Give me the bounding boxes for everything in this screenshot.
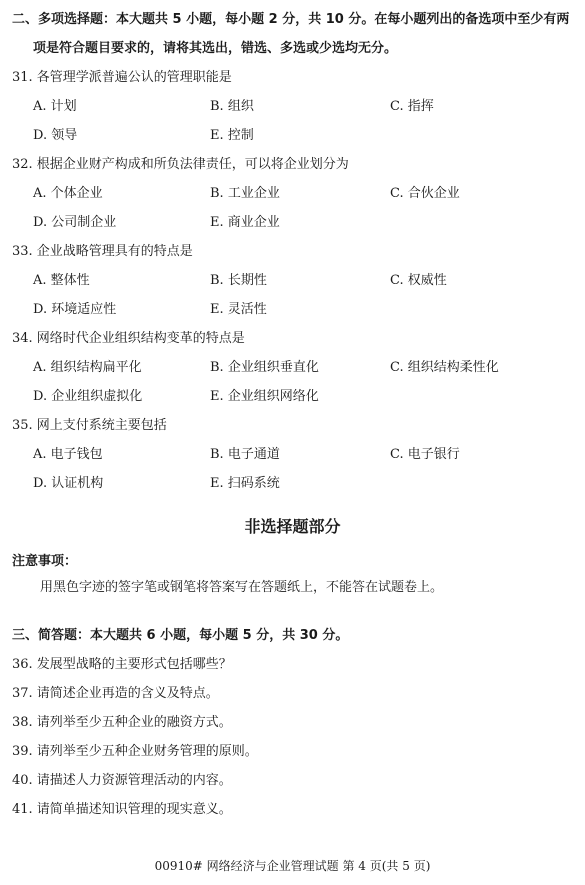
question-32-option-a: A. 个体企业: [33, 186, 103, 202]
exam-page: 二、多项选择题：本大题共 5 小题，每小题 2 分，共 10 分。在每小题列出的…: [0, 0, 585, 885]
question-34-option-b: B. 企业组织垂直化: [210, 360, 319, 376]
notice-label: 注意事项：: [12, 554, 77, 570]
question-37: 37. 请简述企业再造的含义及特点。: [12, 686, 219, 702]
question-32-stem: 32. 根据企业财产构成和所负法律责任，可以将企业划分为: [12, 157, 349, 173]
question-34-option-e: E. 企业组织网络化: [210, 389, 319, 405]
question-33-option-d: D. 环境适应性: [33, 302, 116, 318]
section2-heading-line2: 项是符合题目要求的，请将其选出，错选、多选或少选均无分。: [33, 41, 397, 57]
question-31-option-c: C. 指挥: [390, 99, 434, 115]
non-choice-title: 非选择题部分: [0, 514, 585, 537]
question-35-option-a: A. 电子钱包: [33, 447, 103, 463]
question-34-option-d: D. 企业组织虚拟化: [33, 389, 142, 405]
question-35-option-e: E. 扫码系统: [210, 476, 280, 492]
question-31-option-a: A. 计划: [33, 99, 77, 115]
question-35-option-c: C. 电子银行: [390, 447, 460, 463]
question-34-option-c: C. 组织结构柔性化: [390, 360, 499, 376]
question-32-option-b: B. 工业企业: [210, 186, 280, 202]
question-31-option-d: D. 领导: [33, 128, 77, 144]
question-39: 39. 请列举至少五种企业财务管理的原则。: [12, 744, 258, 760]
question-33-option-c: C. 权威性: [390, 273, 447, 289]
question-33-option-e: E. 灵活性: [210, 302, 267, 318]
section2-heading-line1: 二、多项选择题：本大题共 5 小题，每小题 2 分，共 10 分。在每小题列出的…: [12, 12, 569, 28]
question-34-stem: 34. 网络时代企业组织结构变革的特点是: [12, 331, 245, 347]
question-35-option-b: B. 电子通道: [210, 447, 280, 463]
question-33-stem: 33. 企业战略管理具有的特点是: [12, 244, 193, 260]
question-31-stem: 31. 各管理学派普遍公认的管理职能是: [12, 70, 232, 86]
question-31-option-b: B. 组织: [210, 99, 254, 115]
question-33-option-a: A. 整体性: [33, 273, 90, 289]
notice-text: 用黑色字迹的签字笔或钢笔将答案写在答题纸上，不能答在试题卷上。: [40, 580, 443, 596]
question-33-option-b: B. 长期性: [210, 273, 267, 289]
question-35-stem: 35. 网上支付系统主要包括: [12, 418, 167, 434]
question-41: 41. 请简单描述知识管理的现实意义。: [12, 802, 232, 818]
question-32-option-e: E. 商业企业: [210, 215, 280, 231]
question-32-option-d: D. 公司制企业: [33, 215, 116, 231]
question-32-option-c: C. 合伙企业: [390, 186, 460, 202]
page-footer: 00910# 网络经济与企业管理试题 第 4 页(共 5 页): [0, 857, 585, 874]
question-34-option-a: A. 组织结构扁平化: [33, 360, 142, 376]
question-40: 40. 请描述人力资源管理活动的内容。: [12, 773, 232, 789]
question-36: 36. 发展型战略的主要形式包括哪些？: [12, 657, 232, 673]
question-31-option-e: E. 控制: [210, 128, 254, 144]
question-38: 38. 请列举至少五种企业的融资方式。: [12, 715, 232, 731]
question-35-option-d: D. 认证机构: [33, 476, 103, 492]
section3-heading: 三、简答题：本大题共 6 小题，每小题 5 分，共 30 分。: [12, 628, 348, 644]
